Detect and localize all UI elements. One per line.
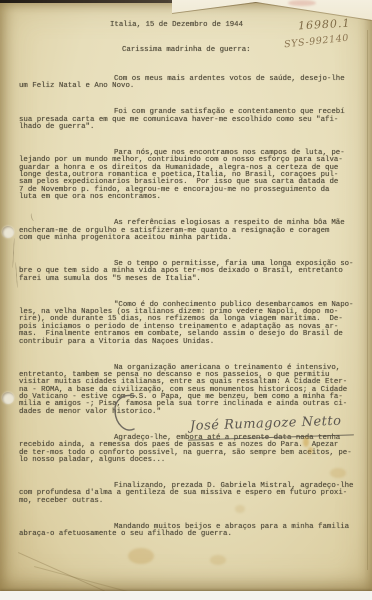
paper-stain — [330, 468, 346, 478]
paragraph-4: As referências elogiosas a respeito de m… — [19, 220, 369, 242]
paper-edge-line — [367, 30, 368, 570]
scan-edge-bottom — [0, 591, 372, 600]
paragraph-9: Finalizando, prezada D. Gabriela Mistral… — [19, 483, 369, 505]
letter-body: Com os meus mais ardentes votos de saúde… — [19, 61, 369, 550]
paragraph-2: Foi com grande satisfação e contentament… — [19, 109, 369, 131]
paper-stain — [308, 447, 313, 454]
paragraph-5: Se o tempo o permitisse, faria uma longa… — [19, 261, 369, 283]
paper-stain — [303, 437, 309, 447]
pencil-c-mark — [110, 391, 142, 435]
red-smudge — [288, 0, 316, 6]
paper-stain — [128, 548, 154, 564]
salutation: Carissima madrinha de guerra: — [122, 47, 251, 54]
paragraph-1: Com os meus mais ardentes votos de saúde… — [19, 76, 369, 91]
punch-hole-top — [2, 226, 14, 238]
paper-stain — [235, 505, 245, 513]
paragraph-6: "Como é do conhecimento publico desembar… — [19, 302, 369, 346]
paragraph-10: Mandando muitos beijos e abraços para a … — [19, 524, 369, 539]
paper-stain — [210, 555, 226, 565]
paragraph-3: Para nós,que nos encontramos nos campos … — [19, 150, 369, 201]
dateline: Italia, 15 de Dezembro de 1944 — [110, 22, 243, 29]
punch-hole-bottom — [2, 392, 14, 404]
handwritten-catalog-number: 16980.1 — [298, 17, 351, 33]
paragraph-7: Na organização americana o treinamento é… — [19, 365, 369, 416]
